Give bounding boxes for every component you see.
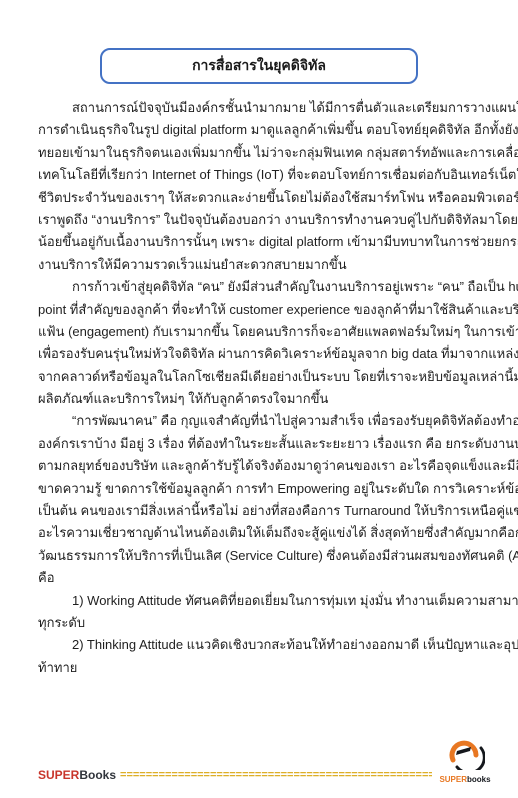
document-page: การสื่อสารในยุคดิจิทัล สถานการณ์ปัจจุบัน… [0, 0, 518, 798]
text-line: ท้าทาย [38, 657, 482, 679]
text-line: เพื่อรองรับคนรุ่นใหม่หัวใจดิจิทัล ผ่านกา… [38, 343, 482, 365]
numbered-item: 1) Working Attitude ทัศนคติที่ยอดเยี่ยมใ… [38, 590, 482, 635]
body-text: สถานการณ์ปัจจุบันมีองค์กรชั้นนำมากมาย ได… [38, 97, 482, 679]
footer-brand-super: SUPER [38, 768, 79, 782]
paragraph: “การพัฒนาคน” คือ กุญแจสำคัญที่นำไปสู่ควา… [38, 410, 482, 589]
text-line: เป็นต้น คนของเรามีสิ่งเหล่านี้หรือไม่ อย… [38, 500, 482, 522]
text-line: เทคโนโลยีที่เรียกว่า Internet of Things … [38, 164, 482, 186]
text-line: อะไรความเชี่ยวชาญด้านไหนต้องเติมให้เต็มถ… [38, 522, 482, 544]
text-line: ทุกระดับ [38, 612, 482, 634]
text-line: ทยอยเข้ามาในธุรกิจตนเองเพิ่มมากขึ้น ไม่ว… [38, 142, 482, 164]
text-line: การก้าวเข้าสู่ยุคดิจิทัล “คน” ยังมีส่วนส… [38, 276, 482, 298]
superbooks-logo-text: SUPERbooks [439, 775, 490, 784]
text-line: point ที่สำคัญของลูกค้า ที่จะทำให้ custo… [38, 299, 482, 321]
text-line: วัฒนธรรมการให้บริการที่เป็นเลิศ (Service… [38, 545, 482, 567]
text-line: สถานการณ์ปัจจุบันมีองค์กรชั้นนำมากมาย ได… [38, 97, 482, 119]
superbooks-logo-icon [445, 736, 485, 775]
page-footer: SUPERBooks =============================… [38, 736, 494, 784]
text-line: น้อยขึ้นอยู่กับเนื้องานบริการนั้นๆ เพราะ… [38, 231, 482, 253]
footer-brand: SUPERBooks [38, 768, 116, 784]
text-line: ขาดความรู้ ขาดการใช้ข้อมูลลูกค้า การทำ E… [38, 478, 482, 500]
logo-text-super: SUPER [439, 775, 467, 784]
text-line: องค์กรเราบ้าง มีอยู่ 3 เรื่อง ที่ต้องทำใ… [38, 433, 482, 455]
text-line: ตามกลยุทธ์ของบริษัท และลูกค้ารับรู้ได้จร… [38, 455, 482, 477]
page-title: การสื่อสารในยุคดิจิทัล [192, 55, 326, 77]
text-line: 2) Thinking Attitude แนวคิดเชิงบวกสะท้อน… [38, 634, 482, 656]
text-line: เราพูดถึง “งานบริการ” ในปัจจุบันต้องบอกว… [38, 209, 482, 231]
text-line: งานบริการให้มีความรวดเร็วแม่นยำสะดวกสบาย… [38, 254, 482, 276]
footer-divider: ========================================… [120, 769, 432, 784]
text-line: การดำเนินธุรกิจในรูป digital platform มา… [38, 119, 482, 141]
numbered-item: 2) Thinking Attitude แนวคิดเชิงบวกสะท้อน… [38, 634, 482, 679]
text-line: ชีวิตประจำวันของเราๆ ให้สะดวกและง่ายขึ้น… [38, 187, 482, 209]
footer-brand-books: Books [79, 768, 116, 782]
logo-text-books: books [467, 775, 491, 784]
paragraph: สถานการณ์ปัจจุบันมีองค์กรชั้นนำมากมาย ได… [38, 97, 482, 276]
text-line: แฟ้น (engagement) กับเรามากขึ้น โดยคนบริ… [38, 321, 482, 343]
text-line: “การพัฒนาคน” คือ กุญแจสำคัญที่นำไปสู่ควา… [38, 410, 482, 432]
paragraph: การก้าวเข้าสู่ยุคดิจิทัล “คน” ยังมีส่วนส… [38, 276, 482, 410]
text-line: ผลิตภัณฑ์และบริการใหม่ๆ ให้กับลูกค้าตรงใ… [38, 388, 482, 410]
superbooks-logo: SUPERbooks [436, 736, 494, 784]
text-line: จากคลาวด์หรือข้อมูลในโลกโซเชียลมีเดียอย่… [38, 366, 482, 388]
text-line: คือ [38, 567, 482, 589]
text-line: 1) Working Attitude ทัศนคติที่ยอดเยี่ยมใ… [38, 590, 482, 612]
title-box: การสื่อสารในยุคดิจิทัล [100, 48, 418, 84]
